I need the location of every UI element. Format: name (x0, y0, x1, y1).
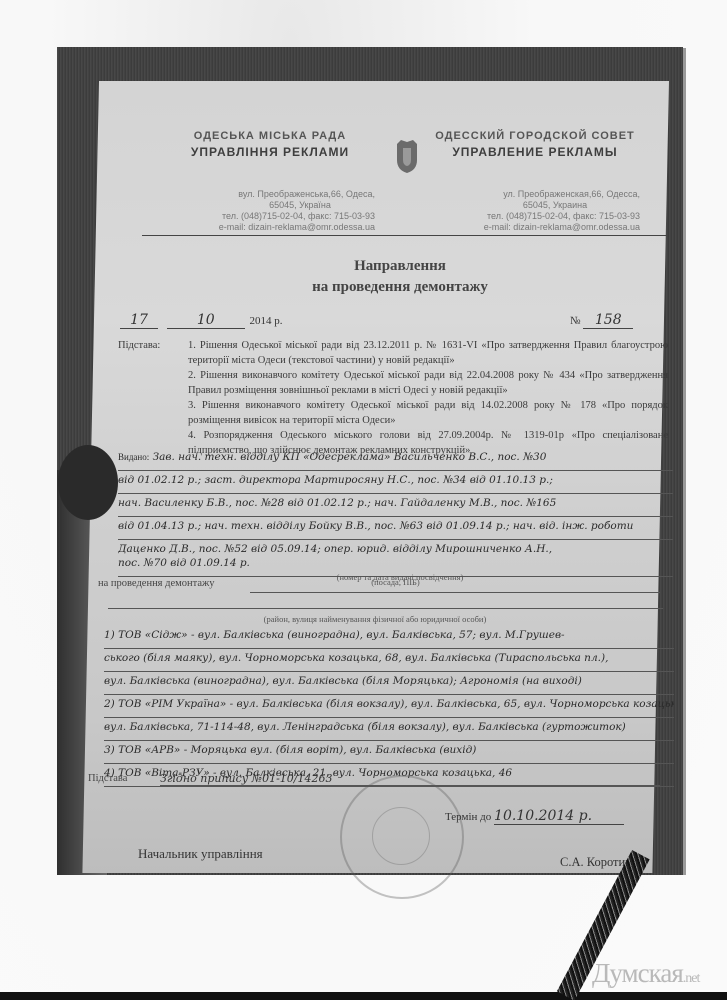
certificate-caption: (номер та дата видачі посвідчення) (300, 572, 500, 582)
email-uk: e-mail: dizain-reklama@omr.odessa.ua (165, 222, 375, 233)
issued-to-section: Видано: Зав. нач. техн. відділу КП «Одес… (118, 448, 673, 587)
letterhead-russian: ОДЕССКИЙ ГОРОДСКОЙ СОВЕТ УПРАВЛЕНИЕ РЕКЛ… (430, 130, 640, 233)
signatory-position: Начальник управління (138, 846, 263, 862)
deadline-field: Термін до 10.10.2014 р. (445, 808, 624, 825)
address-line: вул. Балківська (виноградна), вул. Балкі… (104, 672, 674, 695)
letterhead-divider (142, 235, 667, 236)
dept-name-ru: УПРАВЛЕНИЕ РЕКЛАМЫ (430, 145, 640, 159)
photo-bottom-edge (0, 992, 727, 1000)
watermark-brand: Думская (592, 958, 683, 988)
official-seal (340, 775, 464, 899)
document-title: Направлення на проведення демонтажу (200, 258, 600, 296)
address-line: 3) ТОВ «АРВ» - Моряцька вул. (біля воріт… (104, 741, 674, 764)
address-line: ського (біля маяку), вул. Чорноморська к… (104, 649, 674, 672)
signatory-name: С.А. Коротич (560, 855, 631, 870)
issued-line: від 01.02.12 р.; заст. директора Мартиро… (118, 471, 673, 494)
address-line: 2) ТОВ «РІМ Україна» - вул. Балківська (… (104, 695, 674, 718)
number-label: № (570, 315, 581, 327)
address-line: 1) ТОВ «Сідж» - вул. Балківська (виногра… (104, 626, 674, 649)
blank-line (108, 608, 663, 609)
issued-label: Видано: (118, 452, 149, 462)
date-month: 10 (167, 312, 245, 329)
email-ru: e-mail: dizain-reklama@omr.odessa.ua (430, 222, 640, 233)
title-line2: на проведення демонтажу (200, 279, 600, 296)
address-line: вул. Балківська, 71-114-48, вул. Ленінгр… (104, 718, 674, 741)
watermark-suffix: .net (683, 971, 700, 986)
basis-item: 1. Рішення Одеської міської ради від 23.… (188, 338, 668, 368)
basis-section: Підстава: 1. Рішення Одеської міської ра… (118, 338, 668, 458)
certificate-underline (250, 592, 660, 593)
issued-line: від 01.04.13 р.; нач. техн. відділу Бойк… (118, 517, 673, 540)
org-name-ru: ОДЕССКИЙ ГОРОДСКОЙ СОВЕТ (430, 130, 640, 142)
photocopy-right-edge (683, 48, 686, 875)
org-name-uk: ОДЕСЬКА МІСЬКА РАДА (165, 130, 375, 142)
issued-line: нач. Василенку Б.В., пос. №28 від 01.02.… (118, 494, 673, 517)
phone-ru: тел. (048)715-02-04, факс: 715-03-93 (430, 211, 640, 222)
dept-name-uk: УПРАВЛІННЯ РЕКЛАМИ (165, 145, 375, 159)
address-uk-line1: вул. Преображенська,66, Одеса, (165, 189, 375, 200)
deadline-label: Термін до (445, 811, 491, 823)
phone-uk: тел. (048)715-02-04, факс: 715-03-93 (165, 211, 375, 222)
basis-item: 3. Рішення виконавчого комітету Одеської… (188, 398, 668, 428)
letterhead-ukrainian: ОДЕСЬКА МІСЬКА РАДА УПРАВЛІННЯ РЕКЛАМИ в… (165, 130, 375, 233)
demolition-label: на проведення демонтажу (98, 578, 215, 589)
hole-punch-shadow (58, 445, 118, 520)
address-ru-line2: 65045, Украина (430, 200, 640, 211)
deadline-value: 10.10.2014 р. (494, 808, 624, 825)
date-field: 17 10 2014 р. (120, 312, 283, 329)
demolition-addresses: 1) ТОВ «Сідж» - вул. Балківська (виногра… (104, 626, 674, 787)
document-number-field: № 158 (570, 312, 633, 329)
title-line1: Направлення (200, 258, 600, 275)
date-day: 17 (120, 312, 158, 329)
odessa-coat-of-arms-icon (393, 138, 421, 174)
footer-basis-label: Підстава (88, 773, 127, 784)
address-caption: (район, вулиця найменування фізичної або… (200, 614, 550, 624)
watermark-logo: Думская.net (592, 958, 699, 989)
date-year: 2014 р. (250, 315, 283, 327)
basis-item: 2. Рішення виконавчого комітету Одеської… (188, 368, 668, 398)
issued-line: Видано: Зав. нач. техн. відділу КП «Одес… (118, 448, 673, 471)
basis-label: Підстава: (118, 338, 178, 353)
address-ru-line1: ул. Преображенская,66, Одесса, (430, 189, 640, 200)
issued-line: Даценко Д.В., пос. №52 від 05.09.14; опе… (118, 540, 673, 554)
address-uk-line2: 65045, Україна (165, 200, 375, 211)
document-number: 158 (583, 312, 633, 329)
